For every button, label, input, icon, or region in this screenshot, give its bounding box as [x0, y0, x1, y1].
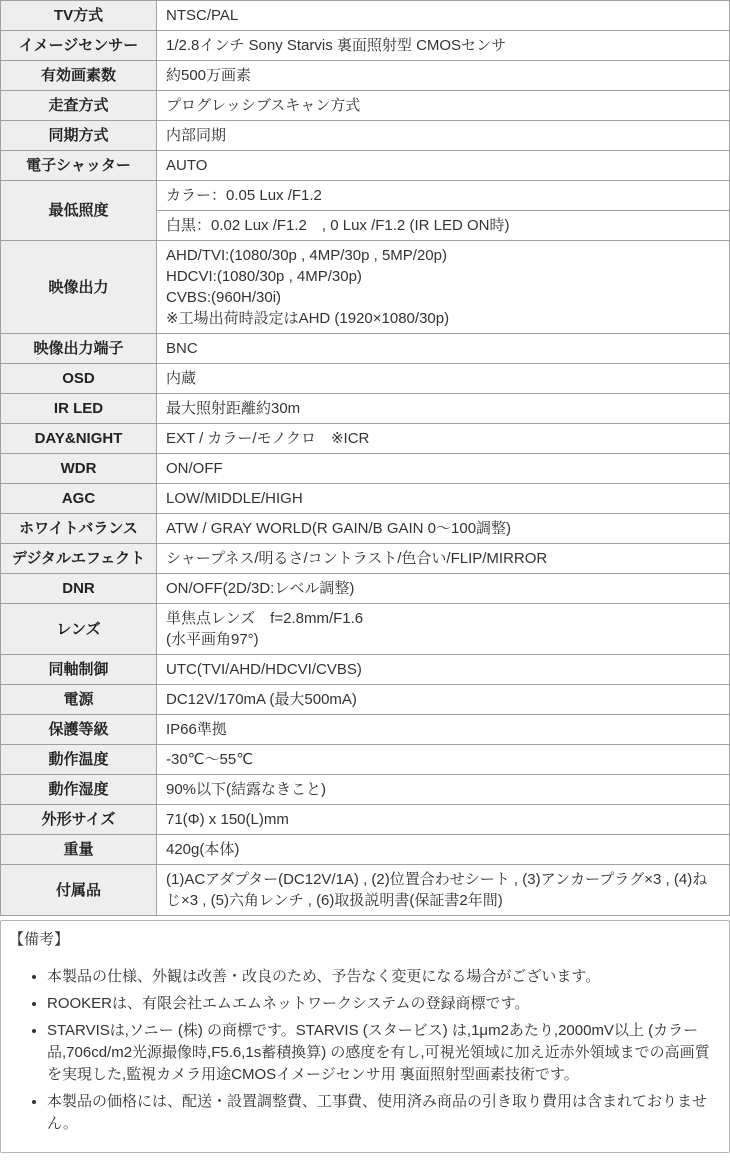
table-row: AGC LOW/MIDDLE/HIGH [1, 484, 730, 514]
spec-label: TV方式 [1, 1, 157, 31]
table-row: DNR ON/OFF(2D/3D:レベル調整) [1, 574, 730, 604]
table-row: 同期方式 内部同期 [1, 121, 730, 151]
spec-value: 420g(本体) [157, 835, 730, 865]
table-row: 外形サイズ 71(Φ) x 150(L)mm [1, 805, 730, 835]
spec-label: 重量 [1, 835, 157, 865]
spec-value: AHD/TVI:(1080/30p , 4MP/30p , 5MP/20p) H… [157, 241, 730, 334]
table-row: 付属品 (1)ACアダプター(DC12V/1A) , (2)位置合わせシート ,… [1, 865, 730, 916]
spec-value: 内蔵 [157, 364, 730, 394]
table-row: 重量 420g(本体) [1, 835, 730, 865]
spec-label: IR LED [1, 394, 157, 424]
spec-label: OSD [1, 364, 157, 394]
spec-label: 最低照度 [1, 181, 157, 241]
spec-value: (1)ACアダプター(DC12V/1A) , (2)位置合わせシート , (3)… [157, 865, 730, 916]
spec-value: ON/OFF [157, 454, 730, 484]
table-row: ホワイトバランス ATW / GRAY WORLD(R GAIN/B GAIN … [1, 514, 730, 544]
table-row: 最低照度 カラー：0.05 Lux /F1.2 [1, 181, 730, 211]
spec-label: AGC [1, 484, 157, 514]
table-row: 動作湿度 90%以下(結露なきこと) [1, 775, 730, 805]
spec-value: 単焦点レンズ f=2.8mm/F1.6 (水平画角97°) [157, 604, 730, 655]
spec-value: 71(Φ) x 150(L)mm [157, 805, 730, 835]
table-row: レンズ 単焦点レンズ f=2.8mm/F1.6 (水平画角97°) [1, 604, 730, 655]
spec-value: プログレッシブスキャン方式 [157, 91, 730, 121]
table-row: WDR ON/OFF [1, 454, 730, 484]
spec-value: 1/2.8インチ Sony Starvis 裏面照射型 CMOSセンサ [157, 31, 730, 61]
spec-value: シャープネス/明るさ/コントラスト/色合い/FLIP/MIRROR [157, 544, 730, 574]
spec-value: 白黒：0.02 Lux /F1.2 , 0 Lux /F1.2 (IR LED … [157, 211, 730, 241]
spec-value: NTSC/PAL [157, 1, 730, 31]
spec-value: EXT / カラー/モノクロ ※ICR [157, 424, 730, 454]
spec-label: 動作湿度 [1, 775, 157, 805]
spec-label: 外形サイズ [1, 805, 157, 835]
spec-value: ON/OFF(2D/3D:レベル調整) [157, 574, 730, 604]
spec-value: AUTO [157, 151, 730, 181]
spec-label: 電子シャッター [1, 151, 157, 181]
spec-label: 走査方式 [1, 91, 157, 121]
spec-label: 動作温度 [1, 745, 157, 775]
spec-value: DC12V/170mA (最大500mA) [157, 685, 730, 715]
list-item: STARVISは,ソニー (株) の商標です。STARVIS (スタービス) は… [47, 1020, 719, 1086]
list-item: 本製品の価格には、配送・設置調整費、工事費、使用済み商品の引き取り費用は含まれて… [47, 1091, 719, 1135]
spec-value: ATW / GRAY WORLD(R GAIN/B GAIN 0〜100調整) [157, 514, 730, 544]
spec-label: 保護等級 [1, 715, 157, 745]
table-row: デジタルエフェクト シャープネス/明るさ/コントラスト/色合い/FLIP/MIR… [1, 544, 730, 574]
table-row: 動作温度 -30℃〜55℃ [1, 745, 730, 775]
spec-label: 付属品 [1, 865, 157, 916]
table-row: 電子シャッター AUTO [1, 151, 730, 181]
spec-label: 同軸制御 [1, 655, 157, 685]
spec-value: 最大照射距離約30m [157, 394, 730, 424]
table-row: 映像出力端子 BNC [1, 334, 730, 364]
spec-label: DNR [1, 574, 157, 604]
spec-label: 電源 [1, 685, 157, 715]
table-row: 映像出力 AHD/TVI:(1080/30p , 4MP/30p , 5MP/2… [1, 241, 730, 334]
spec-value: カラー：0.05 Lux /F1.2 [157, 181, 730, 211]
spec-label: 映像出力端子 [1, 334, 157, 364]
notes-section: 【備考】 本製品の仕様、外観は改善・改良のため、予告なく変更になる場合がございま… [0, 920, 730, 1153]
spec-label: デジタルエフェクト [1, 544, 157, 574]
spec-value: 約500万画素 [157, 61, 730, 91]
spec-value: -30℃〜55℃ [157, 745, 730, 775]
notes-heading: 【備考】 [9, 929, 719, 950]
table-row: TV方式 NTSC/PAL [1, 1, 730, 31]
spec-label: レンズ [1, 604, 157, 655]
spec-label: 有効画素数 [1, 61, 157, 91]
table-row: 有効画素数 約500万画素 [1, 61, 730, 91]
list-item: 本製品の仕様、外観は改善・改良のため、予告なく変更になる場合がございます。 [47, 966, 719, 988]
spec-value: 内部同期 [157, 121, 730, 151]
table-row: DAY&NIGHT EXT / カラー/モノクロ ※ICR [1, 424, 730, 454]
list-item: ROOKERは、有限会社エムエムネットワークシステムの登録商標です。 [47, 993, 719, 1015]
table-row: 電源 DC12V/170mA (最大500mA) [1, 685, 730, 715]
spec-value: BNC [157, 334, 730, 364]
table-row: OSD 内蔵 [1, 364, 730, 394]
table-row: 走査方式 プログレッシブスキャン方式 [1, 91, 730, 121]
table-row: イメージセンサー 1/2.8インチ Sony Starvis 裏面照射型 CMO… [1, 31, 730, 61]
spec-value: UTC(TVI/AHD/HDCVI/CVBS) [157, 655, 730, 685]
spec-value: LOW/MIDDLE/HIGH [157, 484, 730, 514]
spec-value: IP66準拠 [157, 715, 730, 745]
spec-label: DAY&NIGHT [1, 424, 157, 454]
notes-list: 本製品の仕様、外観は改善・改良のため、予告なく変更になる場合がございます。 RO… [9, 966, 719, 1135]
spec-label: ホワイトバランス [1, 514, 157, 544]
spec-value: 90%以下(結露なきこと) [157, 775, 730, 805]
table-row: 同軸制御 UTC(TVI/AHD/HDCVI/CVBS) [1, 655, 730, 685]
spec-label: 映像出力 [1, 241, 157, 334]
table-row: IR LED 最大照射距離約30m [1, 394, 730, 424]
spec-label: WDR [1, 454, 157, 484]
spec-page: TV方式 NTSC/PAL イメージセンサー 1/2.8インチ Sony Sta… [0, 0, 730, 1153]
spec-label: 同期方式 [1, 121, 157, 151]
table-row: 保護等級 IP66準拠 [1, 715, 730, 745]
spec-table: TV方式 NTSC/PAL イメージセンサー 1/2.8インチ Sony Sta… [0, 0, 730, 916]
spec-label: イメージセンサー [1, 31, 157, 61]
